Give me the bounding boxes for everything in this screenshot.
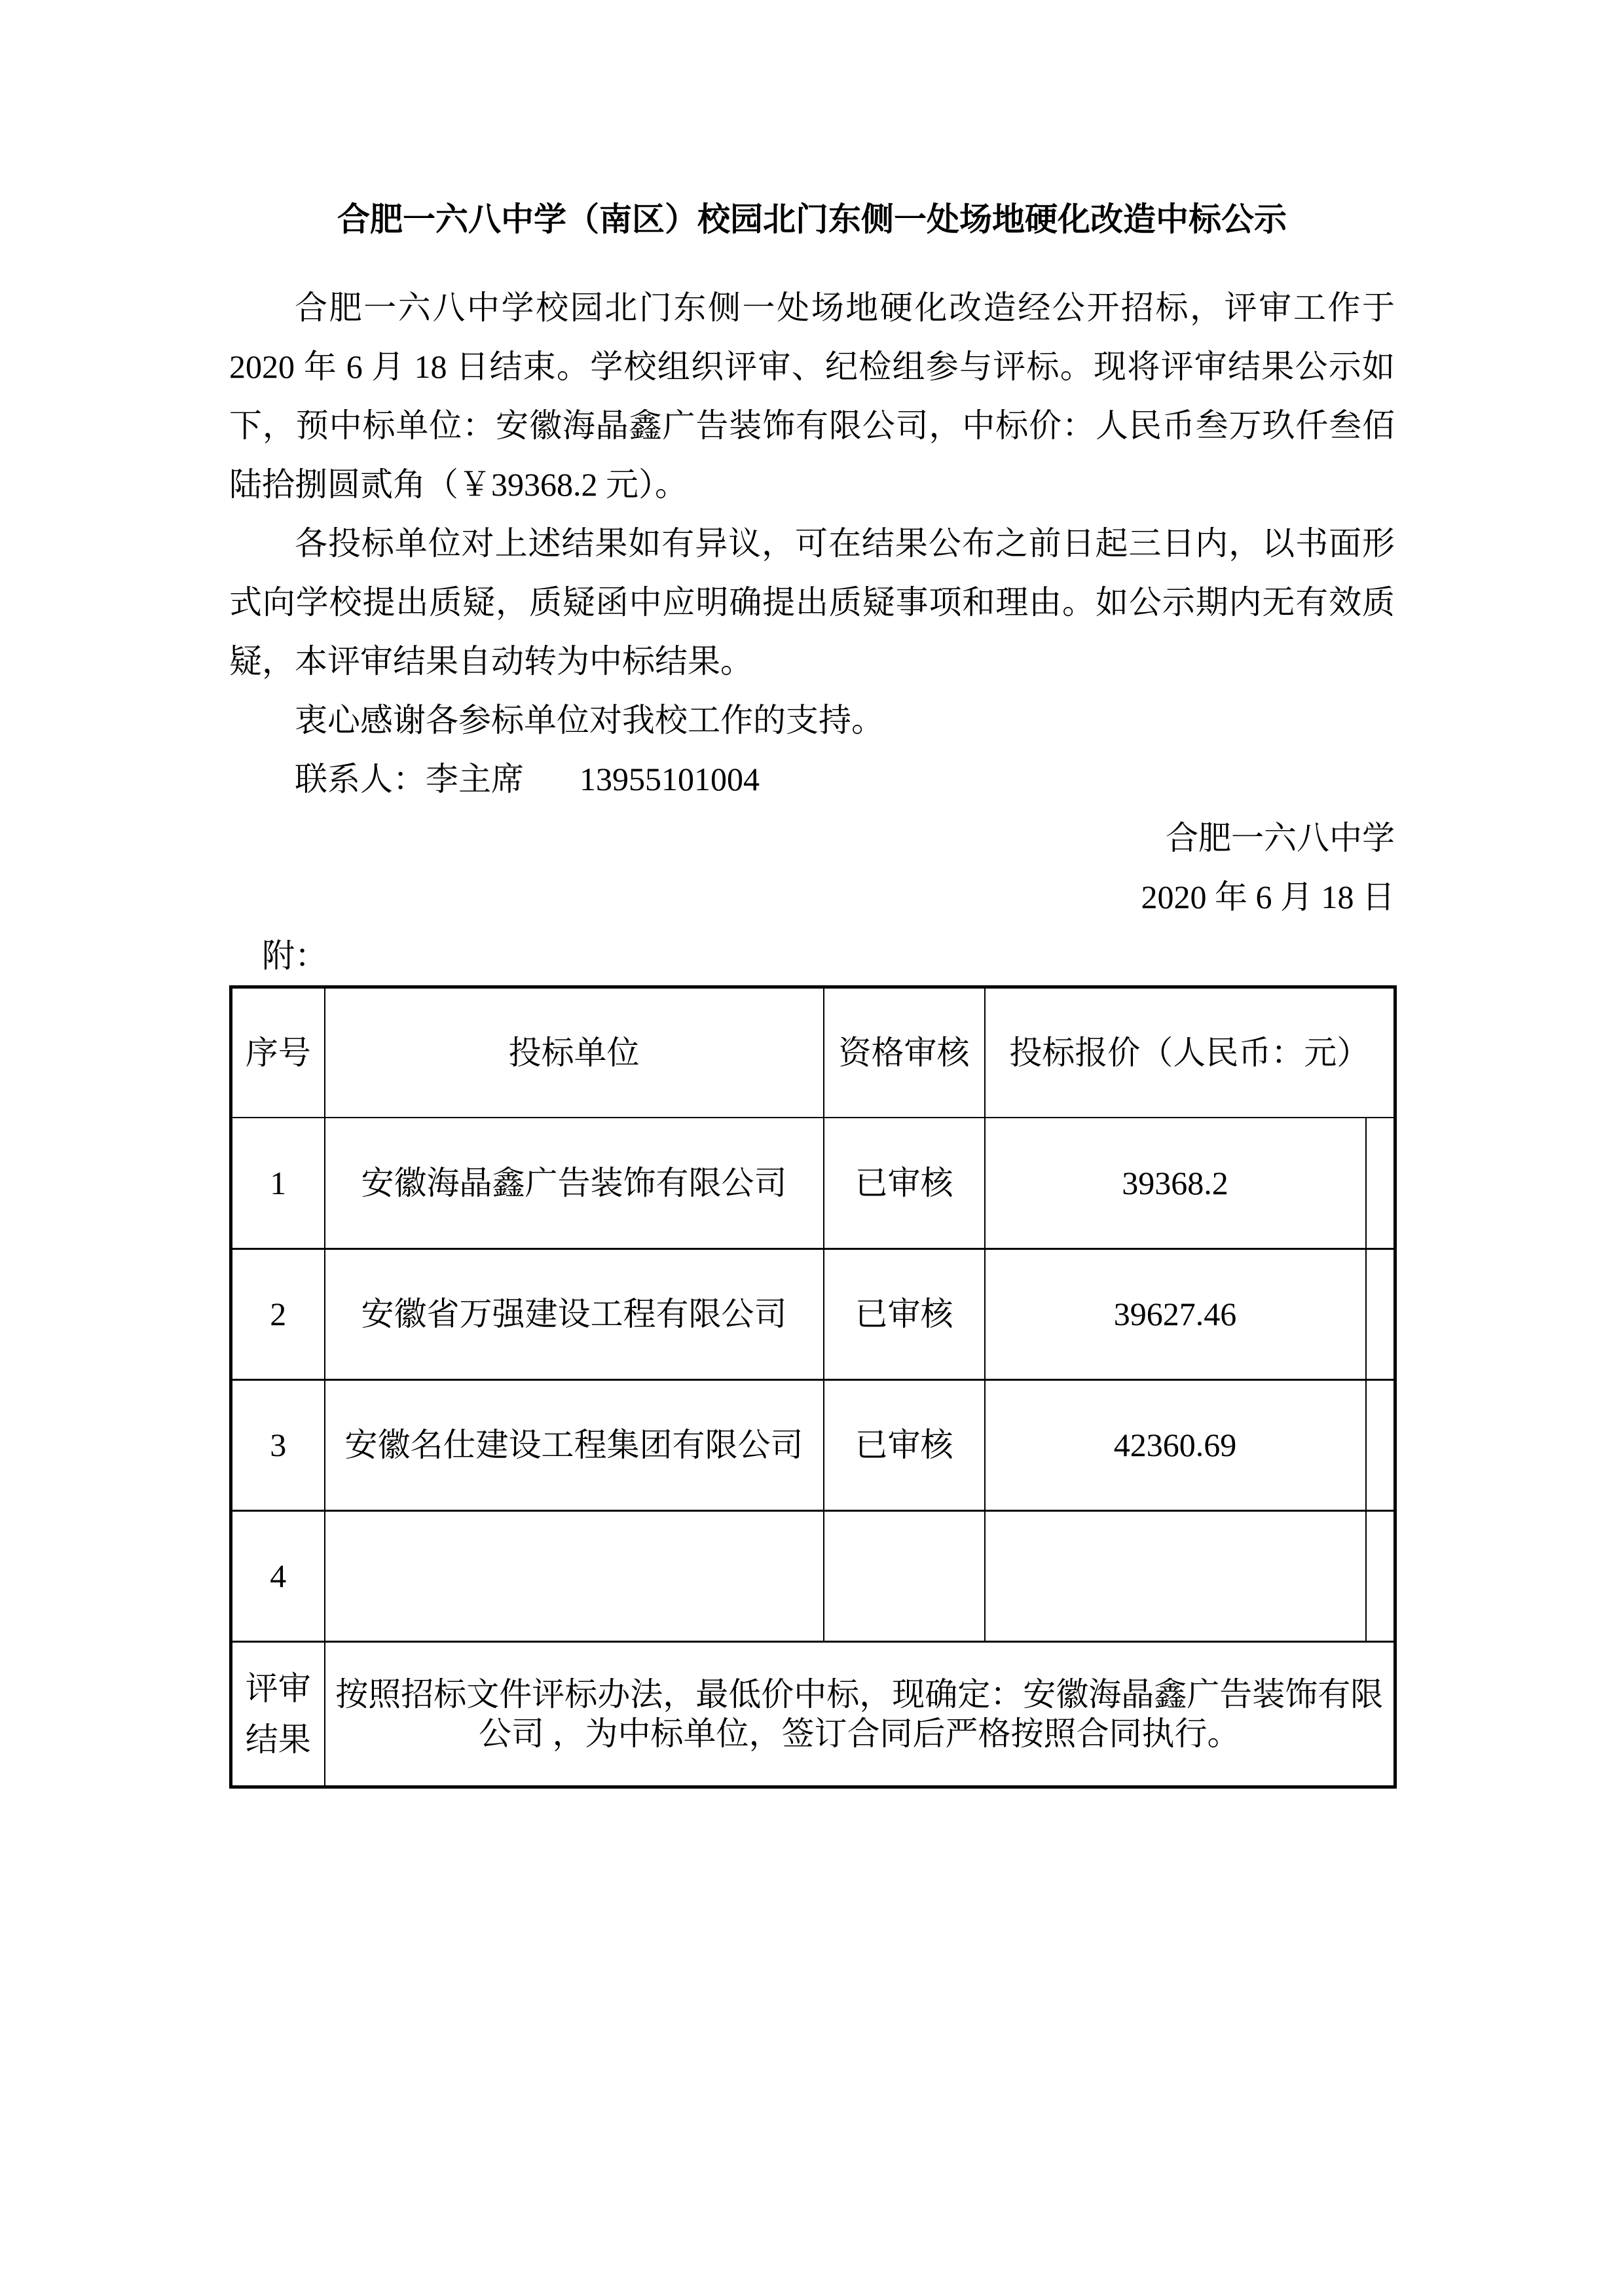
- footer-label-line1: 评审: [232, 1663, 324, 1714]
- cell-seq: 4: [231, 1510, 325, 1641]
- cell-seq: 3: [231, 1379, 325, 1510]
- table-footer-row: 评审 结果 按照招标文件评标办法，最低价中标，现确定：安徽海晶鑫广告装饰有限公司…: [231, 1641, 1395, 1787]
- paragraph-objection: 各投标单位对上述结果如有异议，可在结果公布之前日起三日内，以书面形式向学校提出质…: [229, 514, 1395, 691]
- cell-extra: [1366, 1510, 1395, 1641]
- cell-price: 42360.69: [985, 1379, 1366, 1510]
- cell-seq: 2: [231, 1248, 325, 1379]
- signature-date: 2020 年 6 月 18 日: [229, 867, 1395, 926]
- cell-extra: [1366, 1379, 1395, 1510]
- contact-label: 联系人：李主席: [295, 761, 524, 797]
- attachment-label: 附：: [262, 926, 1395, 985]
- cell-company: [325, 1510, 824, 1641]
- footer-label: 评审 结果: [231, 1641, 325, 1787]
- cell-extra: [1366, 1118, 1395, 1248]
- cell-seq: 1: [231, 1118, 325, 1248]
- cell-status: [824, 1510, 985, 1641]
- cell-company: 安徽省万强建设工程有限公司: [325, 1248, 824, 1379]
- col-header-company: 投标单位: [325, 987, 824, 1118]
- table-row-4: 4: [231, 1510, 1395, 1641]
- contact-phone: 13955101004: [580, 761, 760, 797]
- col-header-qualification: 资格审核: [824, 987, 985, 1118]
- document-title: 合肥一六八中学（南区）校园北门东侧一处场地硬化改造中标公示: [229, 196, 1395, 242]
- document-page: 合肥一六八中学（南区）校园北门东侧一处场地硬化改造中标公示 合肥一六八中学校园北…: [0, 0, 1624, 2296]
- cell-status: 已审核: [824, 1379, 985, 1510]
- table-row-2: 2 安徽省万强建设工程有限公司 已审核 39627.46: [231, 1248, 1395, 1379]
- cell-company: 安徽海晶鑫广告装饰有限公司: [325, 1118, 824, 1248]
- cell-price: 39368.2: [985, 1118, 1366, 1248]
- paragraph-announcement: 合肥一六八中学校园北门东侧一处场地硬化改造经公开招标，评审工作于 2020 年 …: [229, 278, 1395, 514]
- cell-price: 39627.46: [985, 1248, 1366, 1379]
- cell-extra: [1366, 1248, 1395, 1379]
- cell-status: 已审核: [824, 1118, 985, 1248]
- signature-org: 合肥一六八中学: [229, 809, 1395, 867]
- footer-label-line2: 结果: [232, 1714, 324, 1765]
- paragraph-thanks: 衷心感谢各参标单位对我校工作的支持。: [229, 691, 1395, 750]
- cell-price: [985, 1510, 1366, 1641]
- cell-company: 安徽名仕建设工程集团有限公司: [325, 1379, 824, 1510]
- table-row-3: 3 安徽名仕建设工程集团有限公司 已审核 42360.69: [231, 1379, 1395, 1510]
- footer-content: 按照招标文件评标办法，最低价中标，现确定：安徽海晶鑫广告装饰有限公司 ，为中标单…: [325, 1641, 1395, 1787]
- col-header-seq: 序号: [231, 987, 325, 1118]
- contact-line: 联系人：李主席13955101004: [229, 750, 1395, 809]
- table-row-1: 1 安徽海晶鑫广告装饰有限公司 已审核 39368.2: [231, 1118, 1395, 1248]
- cell-status: 已审核: [824, 1248, 985, 1379]
- col-header-price: 投标报价（人民币：元）: [985, 987, 1395, 1118]
- table-header-row: 序号 投标单位 资格审核 投标报价（人民币：元）: [231, 987, 1395, 1118]
- bid-results-table: 序号 投标单位 资格审核 投标报价（人民币：元） 1 安徽海晶鑫广告装饰有限公司…: [229, 985, 1397, 1789]
